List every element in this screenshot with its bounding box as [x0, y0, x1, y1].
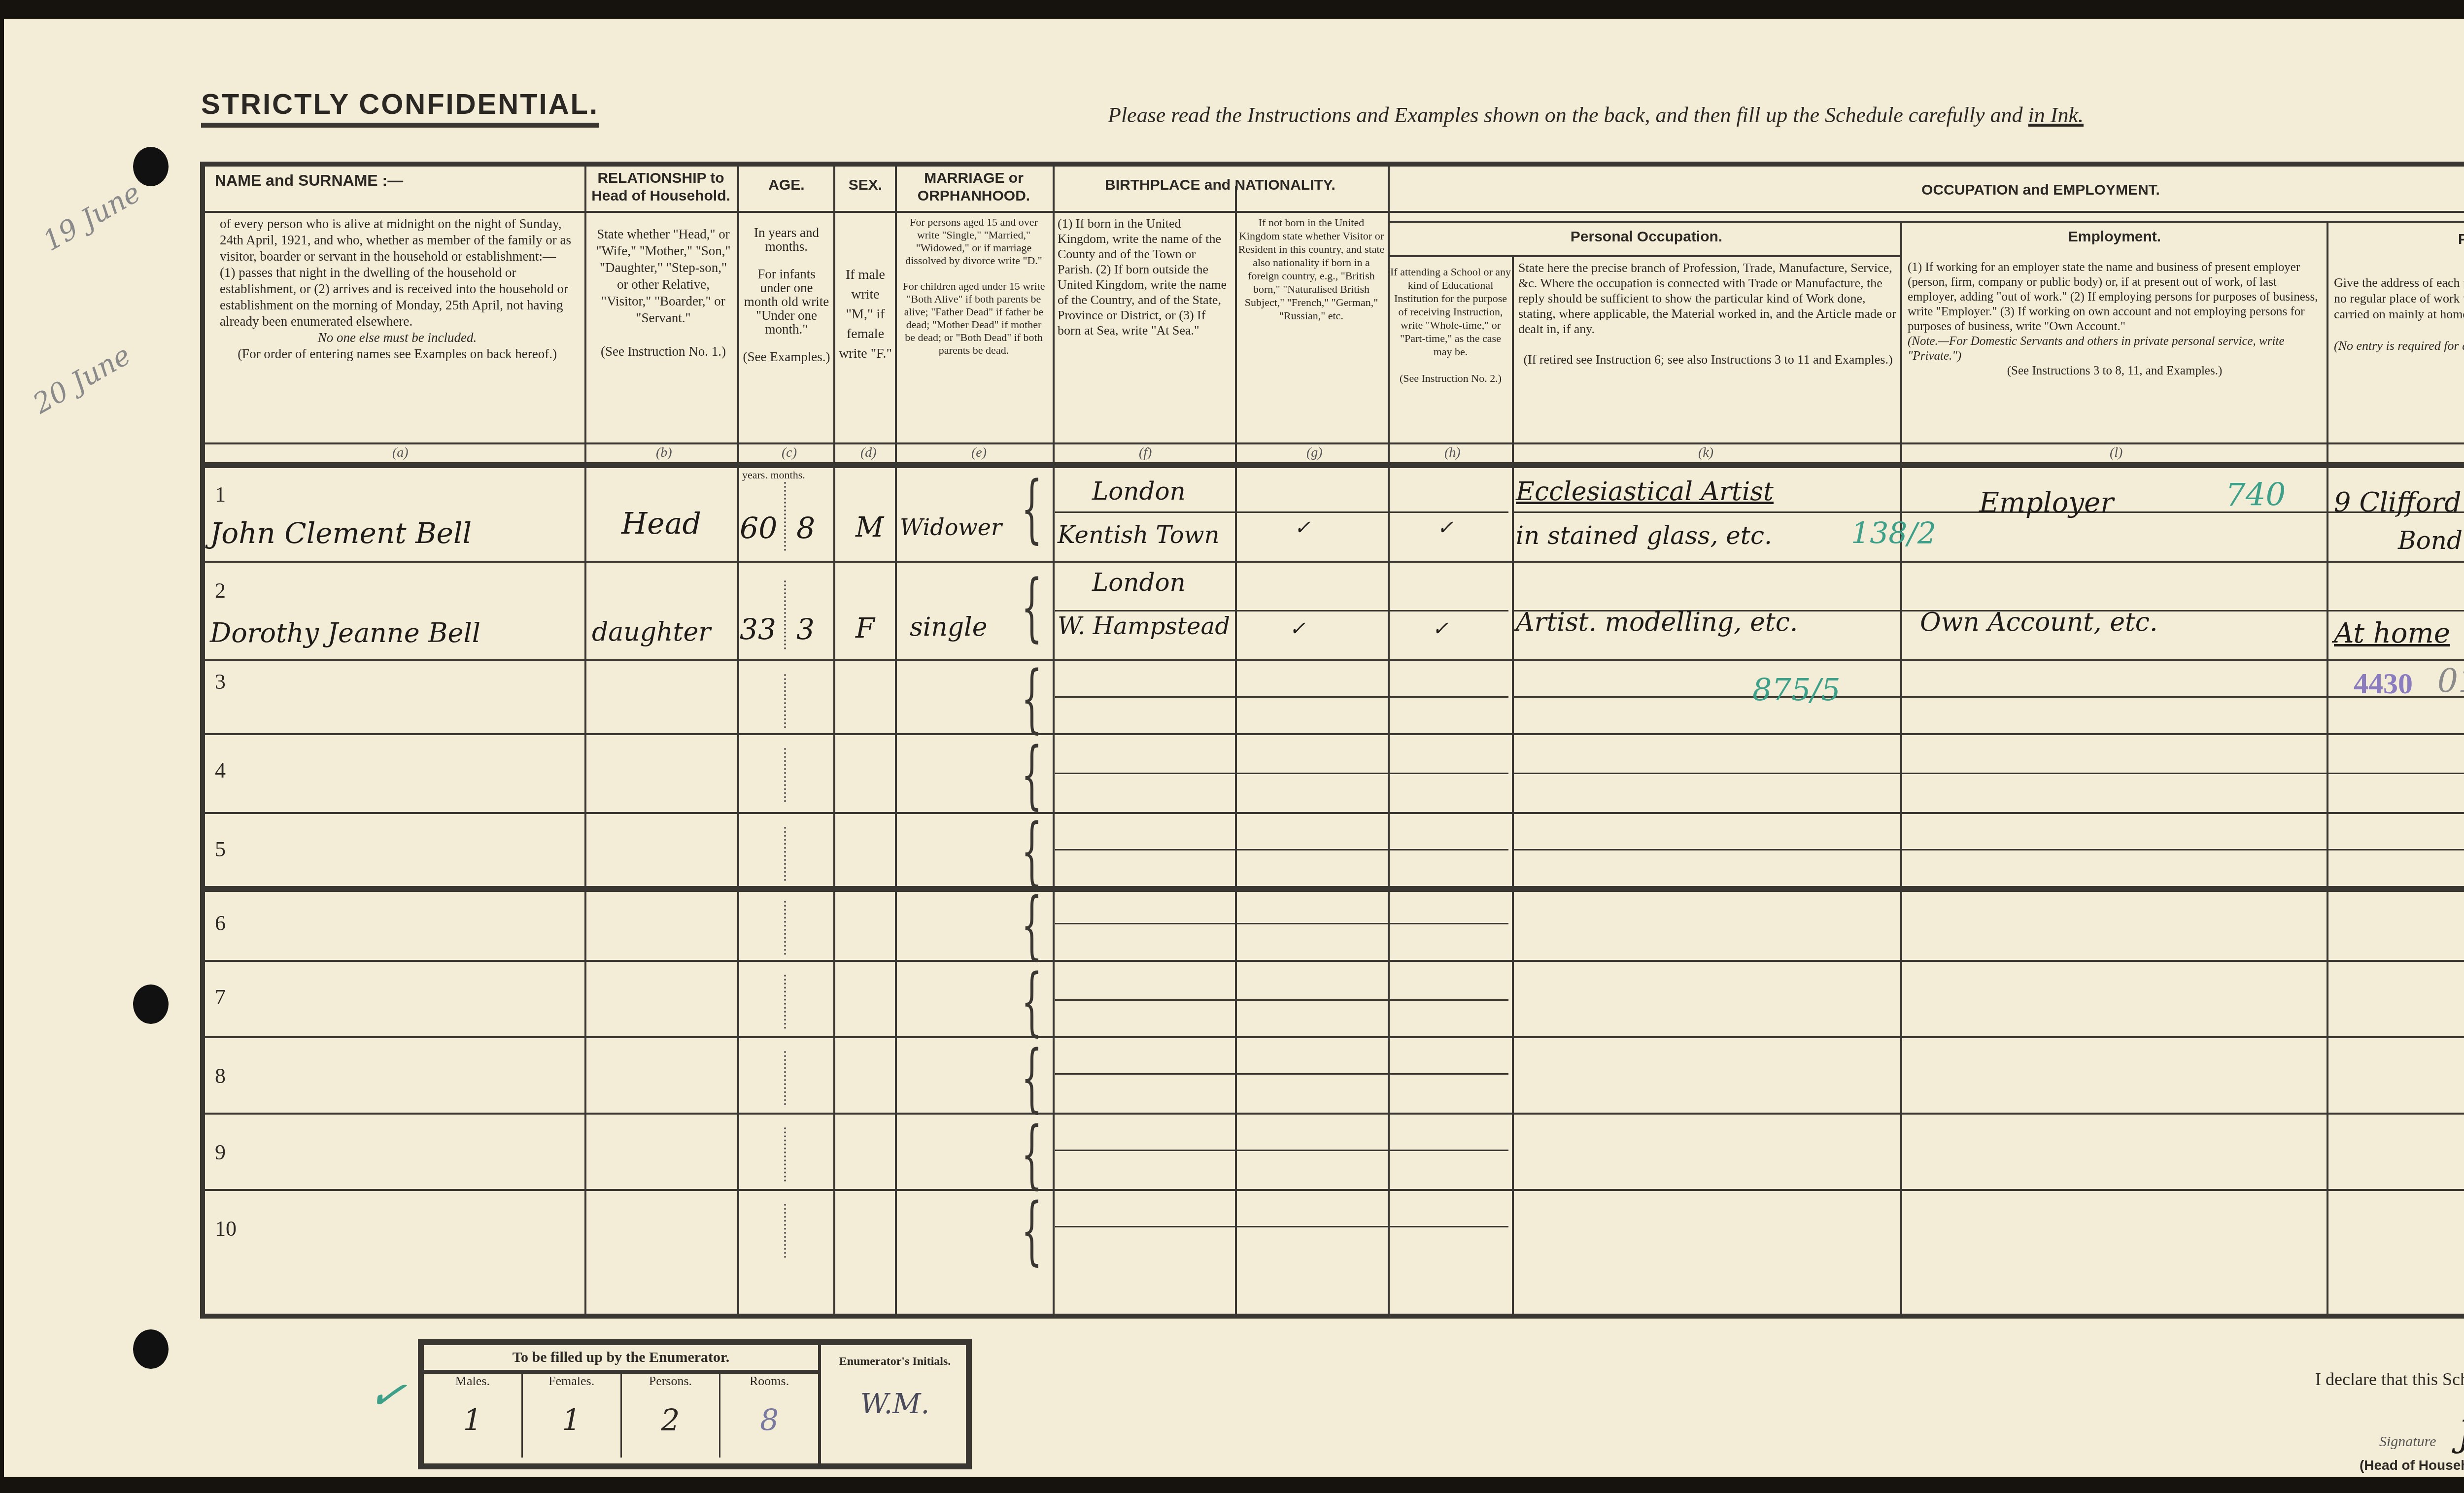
punch-hole	[133, 984, 169, 1024]
header-place-body: Give the address of each person's place …	[2334, 275, 2464, 354]
rooms-count: 8	[720, 1403, 818, 1438]
initials-label: Enumerator's Initials.	[821, 1355, 969, 1368]
males-label: Males.	[424, 1374, 521, 1389]
sex: F	[856, 612, 875, 645]
brace-icon: {	[1021, 1041, 1042, 1115]
margin-note-2: 20 June	[28, 339, 136, 420]
header-marriage: MARRIAGE or ORPHANHOOD.	[897, 170, 1050, 205]
header-sex: SEX.	[836, 176, 895, 194]
sex: M	[856, 511, 884, 543]
place-of-work-line-1: 9 Clifford St:	[2334, 487, 2464, 518]
row-number: 7	[215, 984, 226, 1010]
row-number: 8	[215, 1063, 226, 1088]
brace-icon: {	[1021, 814, 1042, 888]
summary-title: To be filled up by the Enumerator.	[424, 1345, 821, 1374]
header-age: AGE.	[740, 176, 833, 194]
signature: J. Clement Bell	[2458, 1413, 2464, 1455]
persons-count: 2	[622, 1403, 719, 1438]
household-schedule-table: NAME and SURNAME :— of every person who …	[200, 162, 2464, 1319]
birthplace-county: London	[1092, 477, 1186, 506]
brace-icon: {	[1021, 888, 1042, 962]
header-school-body: If attending a School or any kind of Edu…	[1390, 265, 1511, 385]
person-name: Dorothy Jeanne Bell	[210, 617, 480, 648]
header-place-of-work: Place of Work.	[2329, 231, 2464, 248]
header-birthplace: BIRTHPLACE and NATIONALITY.	[1055, 176, 1385, 194]
females-label: Females.	[523, 1374, 620, 1389]
checkmark-icon: ✓	[364, 1366, 410, 1424]
persons-label: Persons.	[622, 1374, 719, 1389]
employment-code: 740	[2225, 477, 2286, 513]
school-mark: ✓	[1437, 516, 1454, 539]
declaration-text: I declare that this Schedule is correctl…	[2315, 1369, 2464, 1390]
occupation-line-1: Ecclesiastical Artist	[1516, 477, 1774, 507]
rooms-label: Rooms.	[720, 1374, 818, 1389]
employment-status: Own Account, etc.	[1920, 608, 2158, 637]
margin-note-1: 19 June	[37, 176, 146, 258]
header-sex-body: If male write "M," if female write "F."	[838, 265, 892, 364]
occupation-code: 875/5	[1752, 672, 1841, 708]
enumerator-summary-box: To be filled up by the Enumerator. Enume…	[418, 1339, 972, 1469]
signature-area: Signature J. Clement Bell	[2379, 1413, 2464, 1455]
age-years: 60	[740, 511, 777, 546]
header-personal-occupation: Personal Occupation.	[1393, 228, 1900, 246]
row-number: 10	[215, 1216, 237, 1241]
header-nationality-body: If not born in the United Kingdom state …	[1237, 216, 1385, 322]
place-code-2: 01	[2437, 662, 2464, 700]
header-employment-body: (1) If working for an employer state the…	[1908, 260, 2322, 378]
occupation-line-2: in stained glass, etc.	[1516, 521, 1772, 550]
fill-instructions: Please read the Instructions and Example…	[1108, 102, 2084, 128]
header-age-body: In years and months.For infants under on…	[742, 226, 831, 364]
brace-icon: {	[1021, 1194, 1042, 1268]
signature-label: Signature	[2379, 1433, 2436, 1450]
confidential-heading: STRICTLY CONFIDENTIAL.	[201, 88, 599, 128]
header-name-body: of every person who is alive at midnight…	[220, 216, 575, 362]
males-count: 1	[424, 1403, 521, 1438]
header-occupation-group: OCCUPATION and EMPLOYMENT.	[1393, 181, 2464, 199]
punch-hole	[133, 147, 169, 186]
header-occupation-body: State here the precise branch of Profess…	[1518, 260, 1898, 367]
brace-icon: {	[1021, 662, 1042, 736]
row-number: 3	[215, 669, 226, 694]
person-name: John Clement Bell	[210, 516, 472, 550]
place-of-work-line-2: Bond St: W.1.	[2398, 526, 2464, 555]
row-number: 5	[215, 837, 226, 862]
birthplace-town: Kentish Town	[1058, 521, 1220, 549]
marital-status: Widower	[900, 514, 1002, 541]
brace-icon: {	[1021, 738, 1042, 812]
table-row: Dorothy Jeanne Bell daughter 33 3 F sing…	[205, 563, 2464, 657]
header-name: NAME and SURNAME :—	[215, 171, 580, 189]
nationality-mark: ✓	[1294, 516, 1311, 539]
census-schedule-page: STRICTLY CONFIDENTIAL. Please read the I…	[4, 19, 2464, 1477]
females-count: 1	[523, 1403, 620, 1438]
header-birthplace-body: (1) If born in the United Kingdom, write…	[1058, 216, 1230, 338]
age-years: 33	[740, 612, 776, 646]
punch-hole	[133, 1329, 169, 1369]
row-number: 4	[215, 758, 226, 783]
row-number: 6	[215, 911, 226, 936]
brace-icon: {	[1021, 965, 1042, 1039]
row-number: 9	[215, 1140, 226, 1165]
brace-icon: {	[1021, 1118, 1042, 1191]
birthplace-town: W. Hampstead	[1058, 612, 1230, 640]
relationship: daughter	[592, 617, 711, 647]
relationship: Head	[621, 507, 701, 541]
header-employment: Employment.	[1905, 228, 2324, 246]
enumerator-initials: W.M.	[821, 1388, 969, 1420]
place-of-work-line-1: At home	[2334, 617, 2450, 649]
place-code: 4430	[2354, 667, 2413, 701]
employment-status: Employer	[1979, 487, 2114, 519]
birthplace-county: London	[1092, 568, 1186, 597]
header-marriage-body: For persons aged 15 and over write "Sing…	[900, 216, 1048, 357]
school-mark: ✓	[1432, 617, 1449, 640]
table-row: John Clement Bell Head 60 8 M Widower Lo…	[205, 467, 2464, 561]
age-months: 8	[796, 511, 815, 546]
header-relationship-body: State whether "Head," or "Wife," "Mother…	[594, 226, 732, 360]
occupation-code: 138/2	[1851, 516, 1936, 551]
header-relationship: RELATIONSHIP to Head of Household.	[587, 170, 735, 205]
signature-caption: (Head of Household, Manager of Establish…	[2360, 1458, 2464, 1473]
nationality-mark: ✓	[1289, 617, 1306, 640]
occupation-line-1: Artist. modelling, etc.	[1516, 608, 1798, 637]
marital-status: single	[910, 612, 988, 642]
age-months: 3	[796, 612, 815, 646]
